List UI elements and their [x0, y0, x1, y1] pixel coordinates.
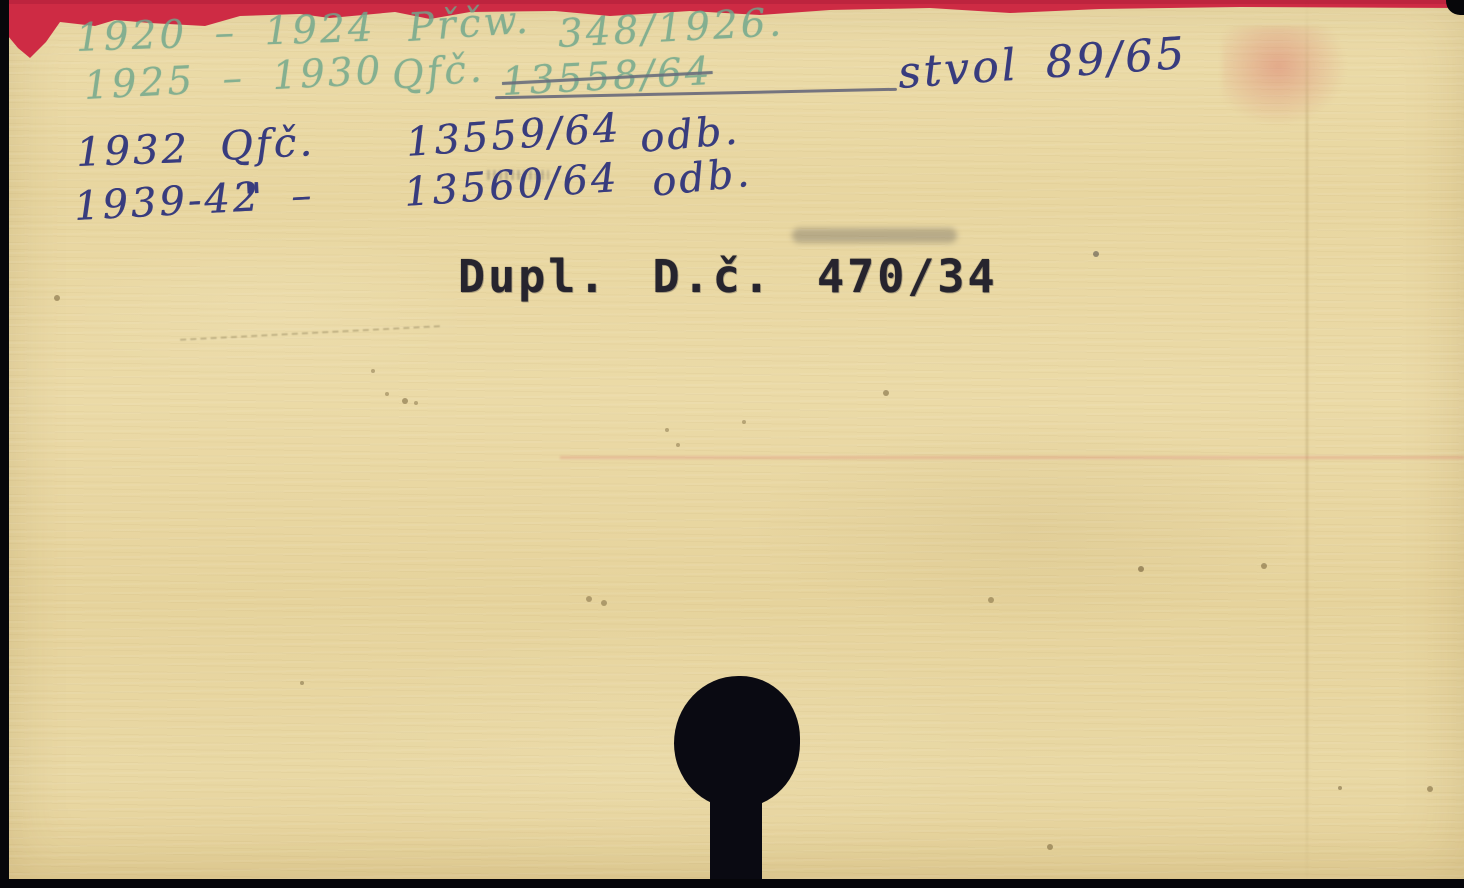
scan-edge-bottom — [0, 879, 1464, 888]
faint-red-ink-smudge — [1222, 26, 1347, 126]
typewriter-ghost-smudge — [792, 228, 957, 243]
entry-4-period: 1939-42 — [73, 174, 262, 230]
keyhole-punch-slot — [710, 780, 762, 888]
entry-4-office-ditto: " – — [243, 172, 315, 222]
entry-2-office: Qfč. — [390, 46, 486, 99]
scanned-index-card: 1920 – 1924 Přčw. 348/1926. 1925 – 1930 … — [0, 0, 1464, 888]
typed-duplicate-line: Dupl. D.č. 470/34 — [458, 250, 998, 303]
entry-3-office: Qfč. — [219, 119, 316, 170]
entry-1-office: Přčw. — [406, 0, 532, 51]
faint-pink-streak — [560, 456, 1464, 459]
scan-edge-left — [0, 0, 9, 888]
vertical-crease — [1306, 0, 1308, 888]
entry-3-period: 1932 — [75, 126, 190, 176]
